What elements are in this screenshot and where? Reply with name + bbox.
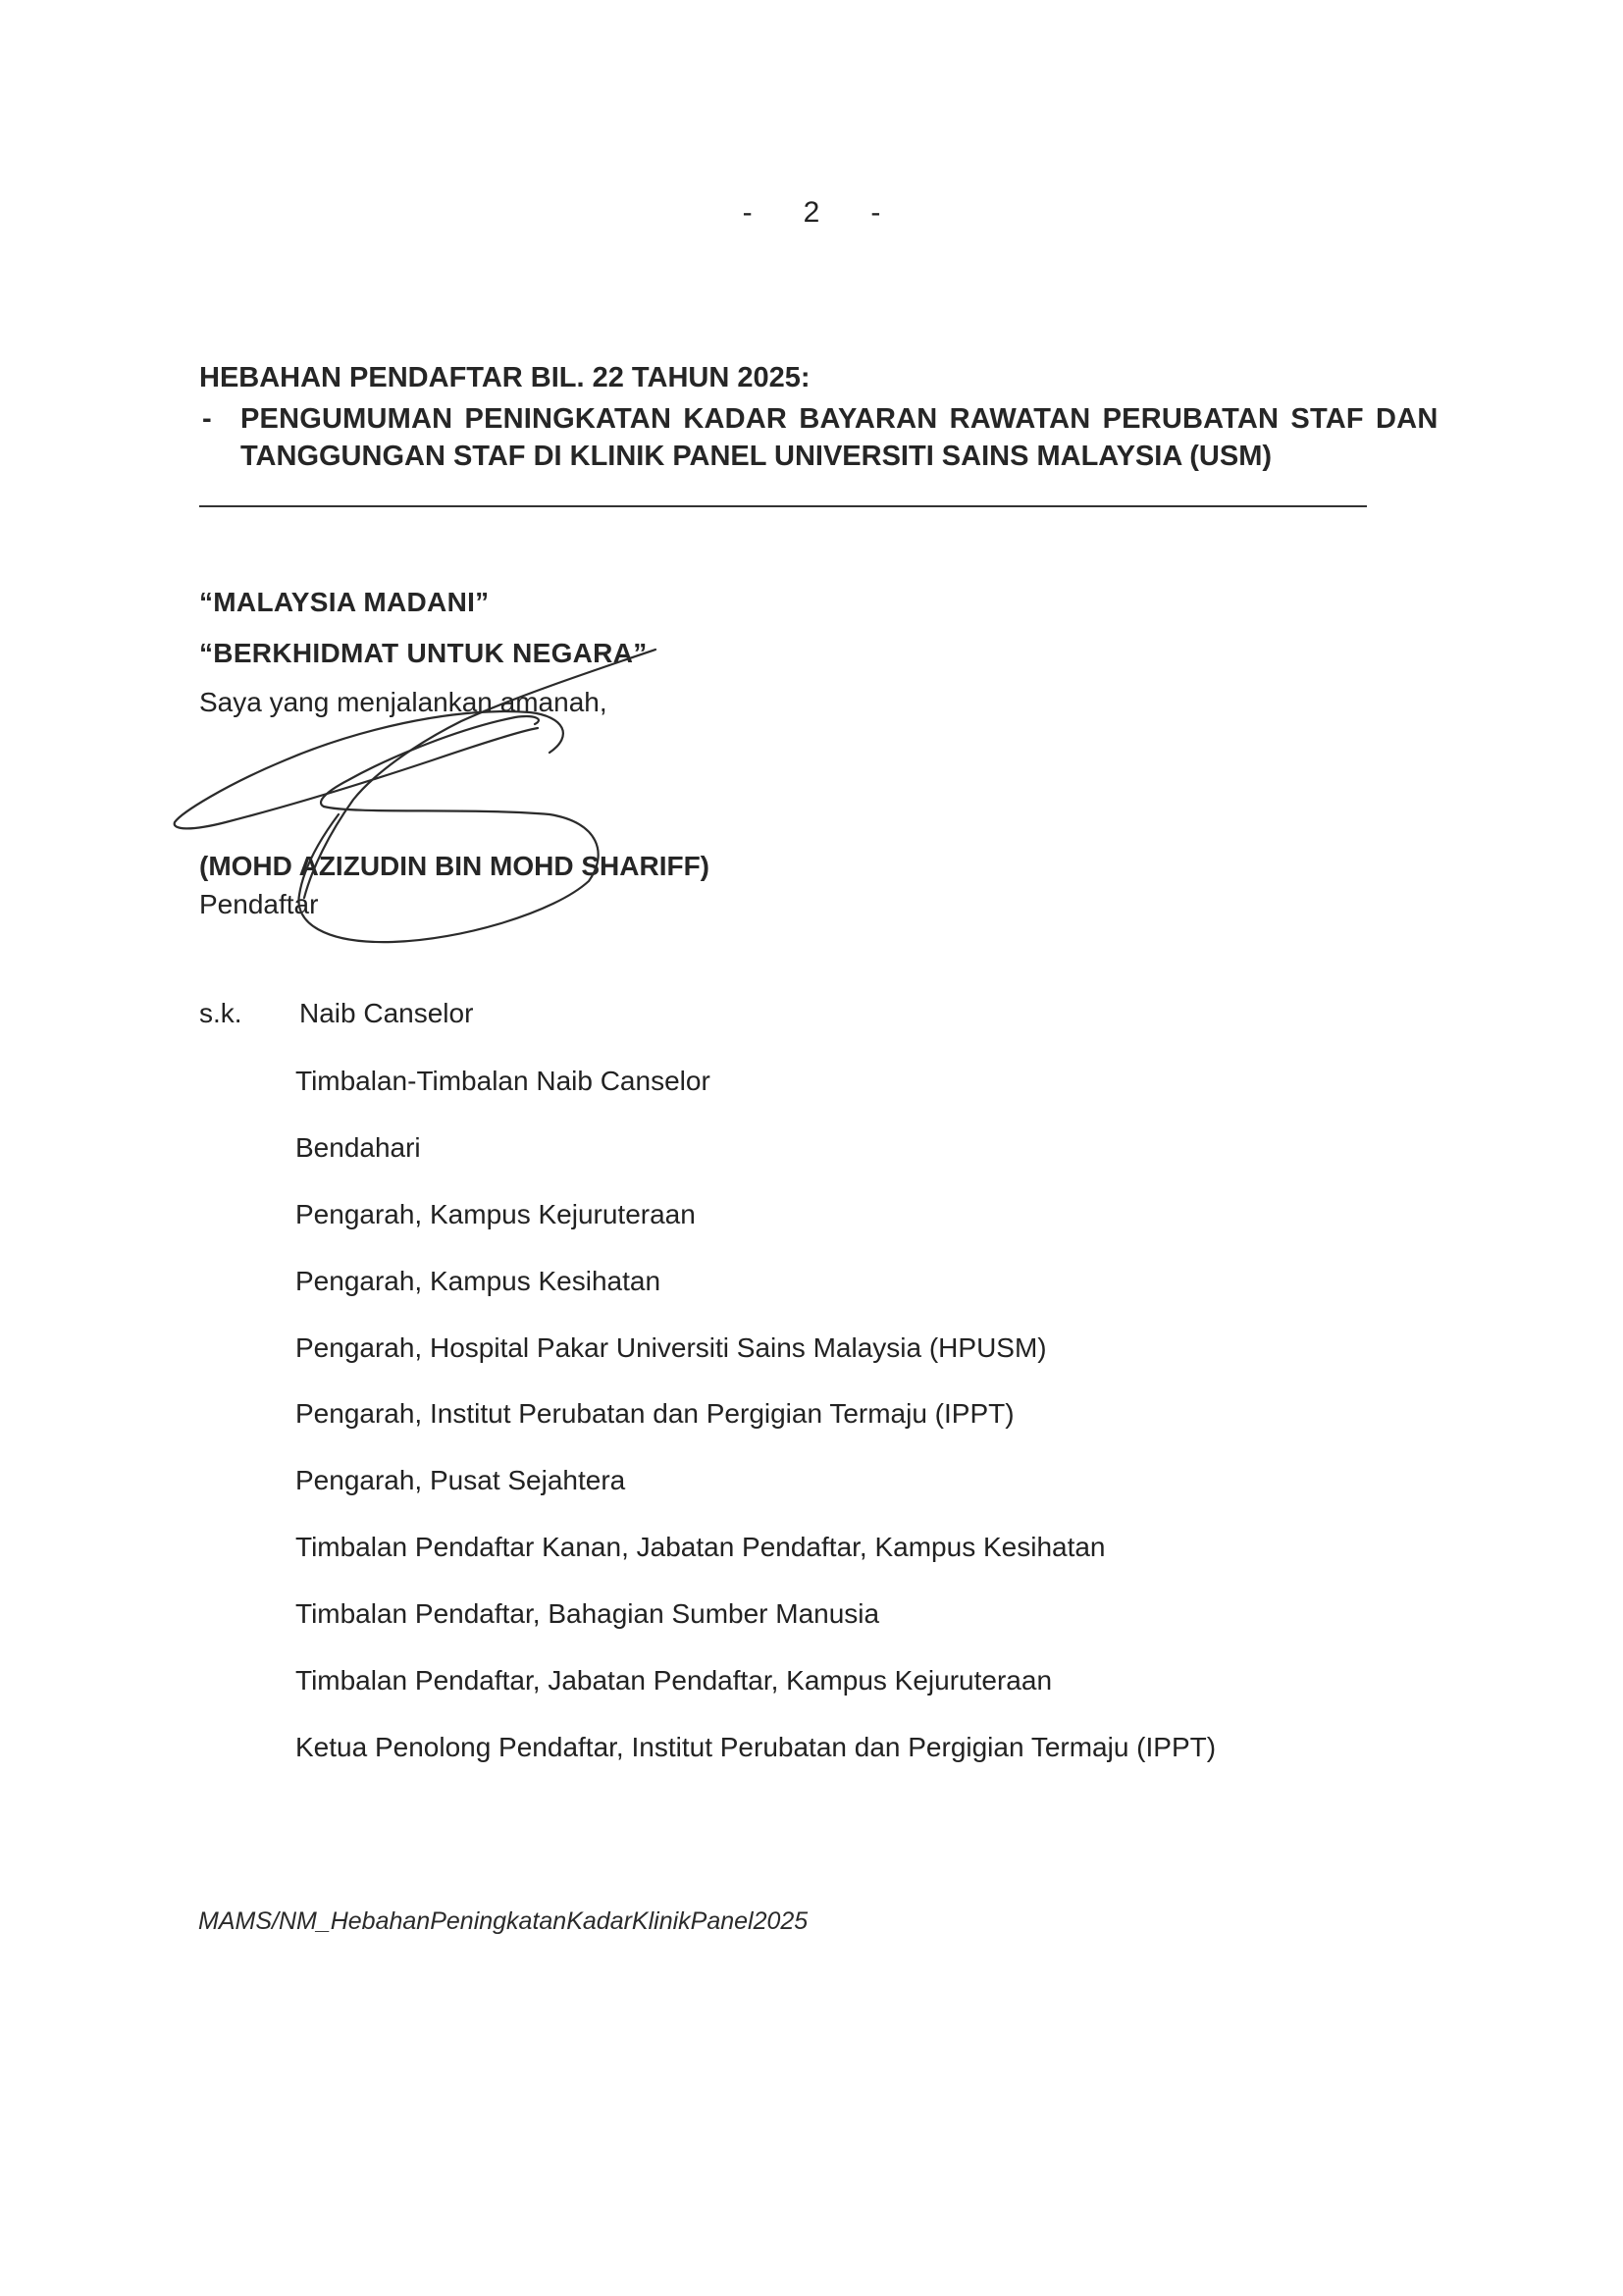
signatory-title: Pendaftar [199, 889, 318, 920]
recipient-item: Ketua Penolong Pendaftar, Institut Perub… [295, 1732, 1216, 1763]
recipient-item: Bendahari [295, 1132, 421, 1164]
copy-to-label: s.k. [199, 998, 242, 1029]
handwritten-signature [0, 0, 1623, 2296]
recipient-item: Pengarah, Kampus Kesihatan [295, 1266, 660, 1297]
page-number-dash-right: - [870, 196, 880, 230]
recipient-item: Pengarah, Hospital Pakar Universiti Sain… [295, 1332, 1047, 1364]
recipient-item: Timbalan Pendaftar, Jabatan Pendaftar, K… [295, 1665, 1052, 1696]
page-number-value: 2 [804, 196, 820, 230]
subject-line-2: TANGGUNGAN STAF DI KLINIK PANEL UNIVERSI… [240, 441, 1272, 473]
motto-malaysia-madani: “MALAYSIA MADANI” [199, 587, 489, 618]
closing-trust-line: Saya yang menjalankan amanah, [199, 687, 607, 718]
page-number-dash-left: - [743, 196, 753, 230]
recipient-item: Pengarah, Kampus Kejuruteraan [295, 1199, 696, 1230]
motto-berkhidmat: “BERKHIDMAT UNTUK NEGARA” [199, 638, 648, 669]
recipient-item: Naib Canselor [299, 998, 473, 1029]
announcement-title: HEBAHAN PENDAFTAR BIL. 22 TAHUN 2025: [199, 362, 811, 394]
recipient-item: Timbalan Pendaftar Kanan, Jabatan Pendaf… [295, 1532, 1106, 1563]
recipient-item: Pengarah, Institut Perubatan dan Pergigi… [295, 1398, 1015, 1430]
recipient-item: Timbalan-Timbalan Naib Canselor [295, 1066, 710, 1097]
recipient-item: Pengarah, Pusat Sejahtera [295, 1465, 625, 1496]
recipient-item: Timbalan Pendaftar, Bahagian Sumber Manu… [295, 1598, 879, 1630]
file-reference: MAMS/NM_HebahanPeningkatanKadarKlinikPan… [198, 1907, 808, 1936]
subject-line-1: PENGUMUMAN PENINGKATAN KADAR BAYARAN RAW… [240, 403, 1438, 436]
header-divider [199, 505, 1367, 507]
page-number: -2- [0, 196, 1623, 230]
signatory-name: (MOHD AZIZUDIN BIN MOHD SHARIFF) [199, 851, 709, 882]
subject-bullet: - [202, 403, 212, 436]
